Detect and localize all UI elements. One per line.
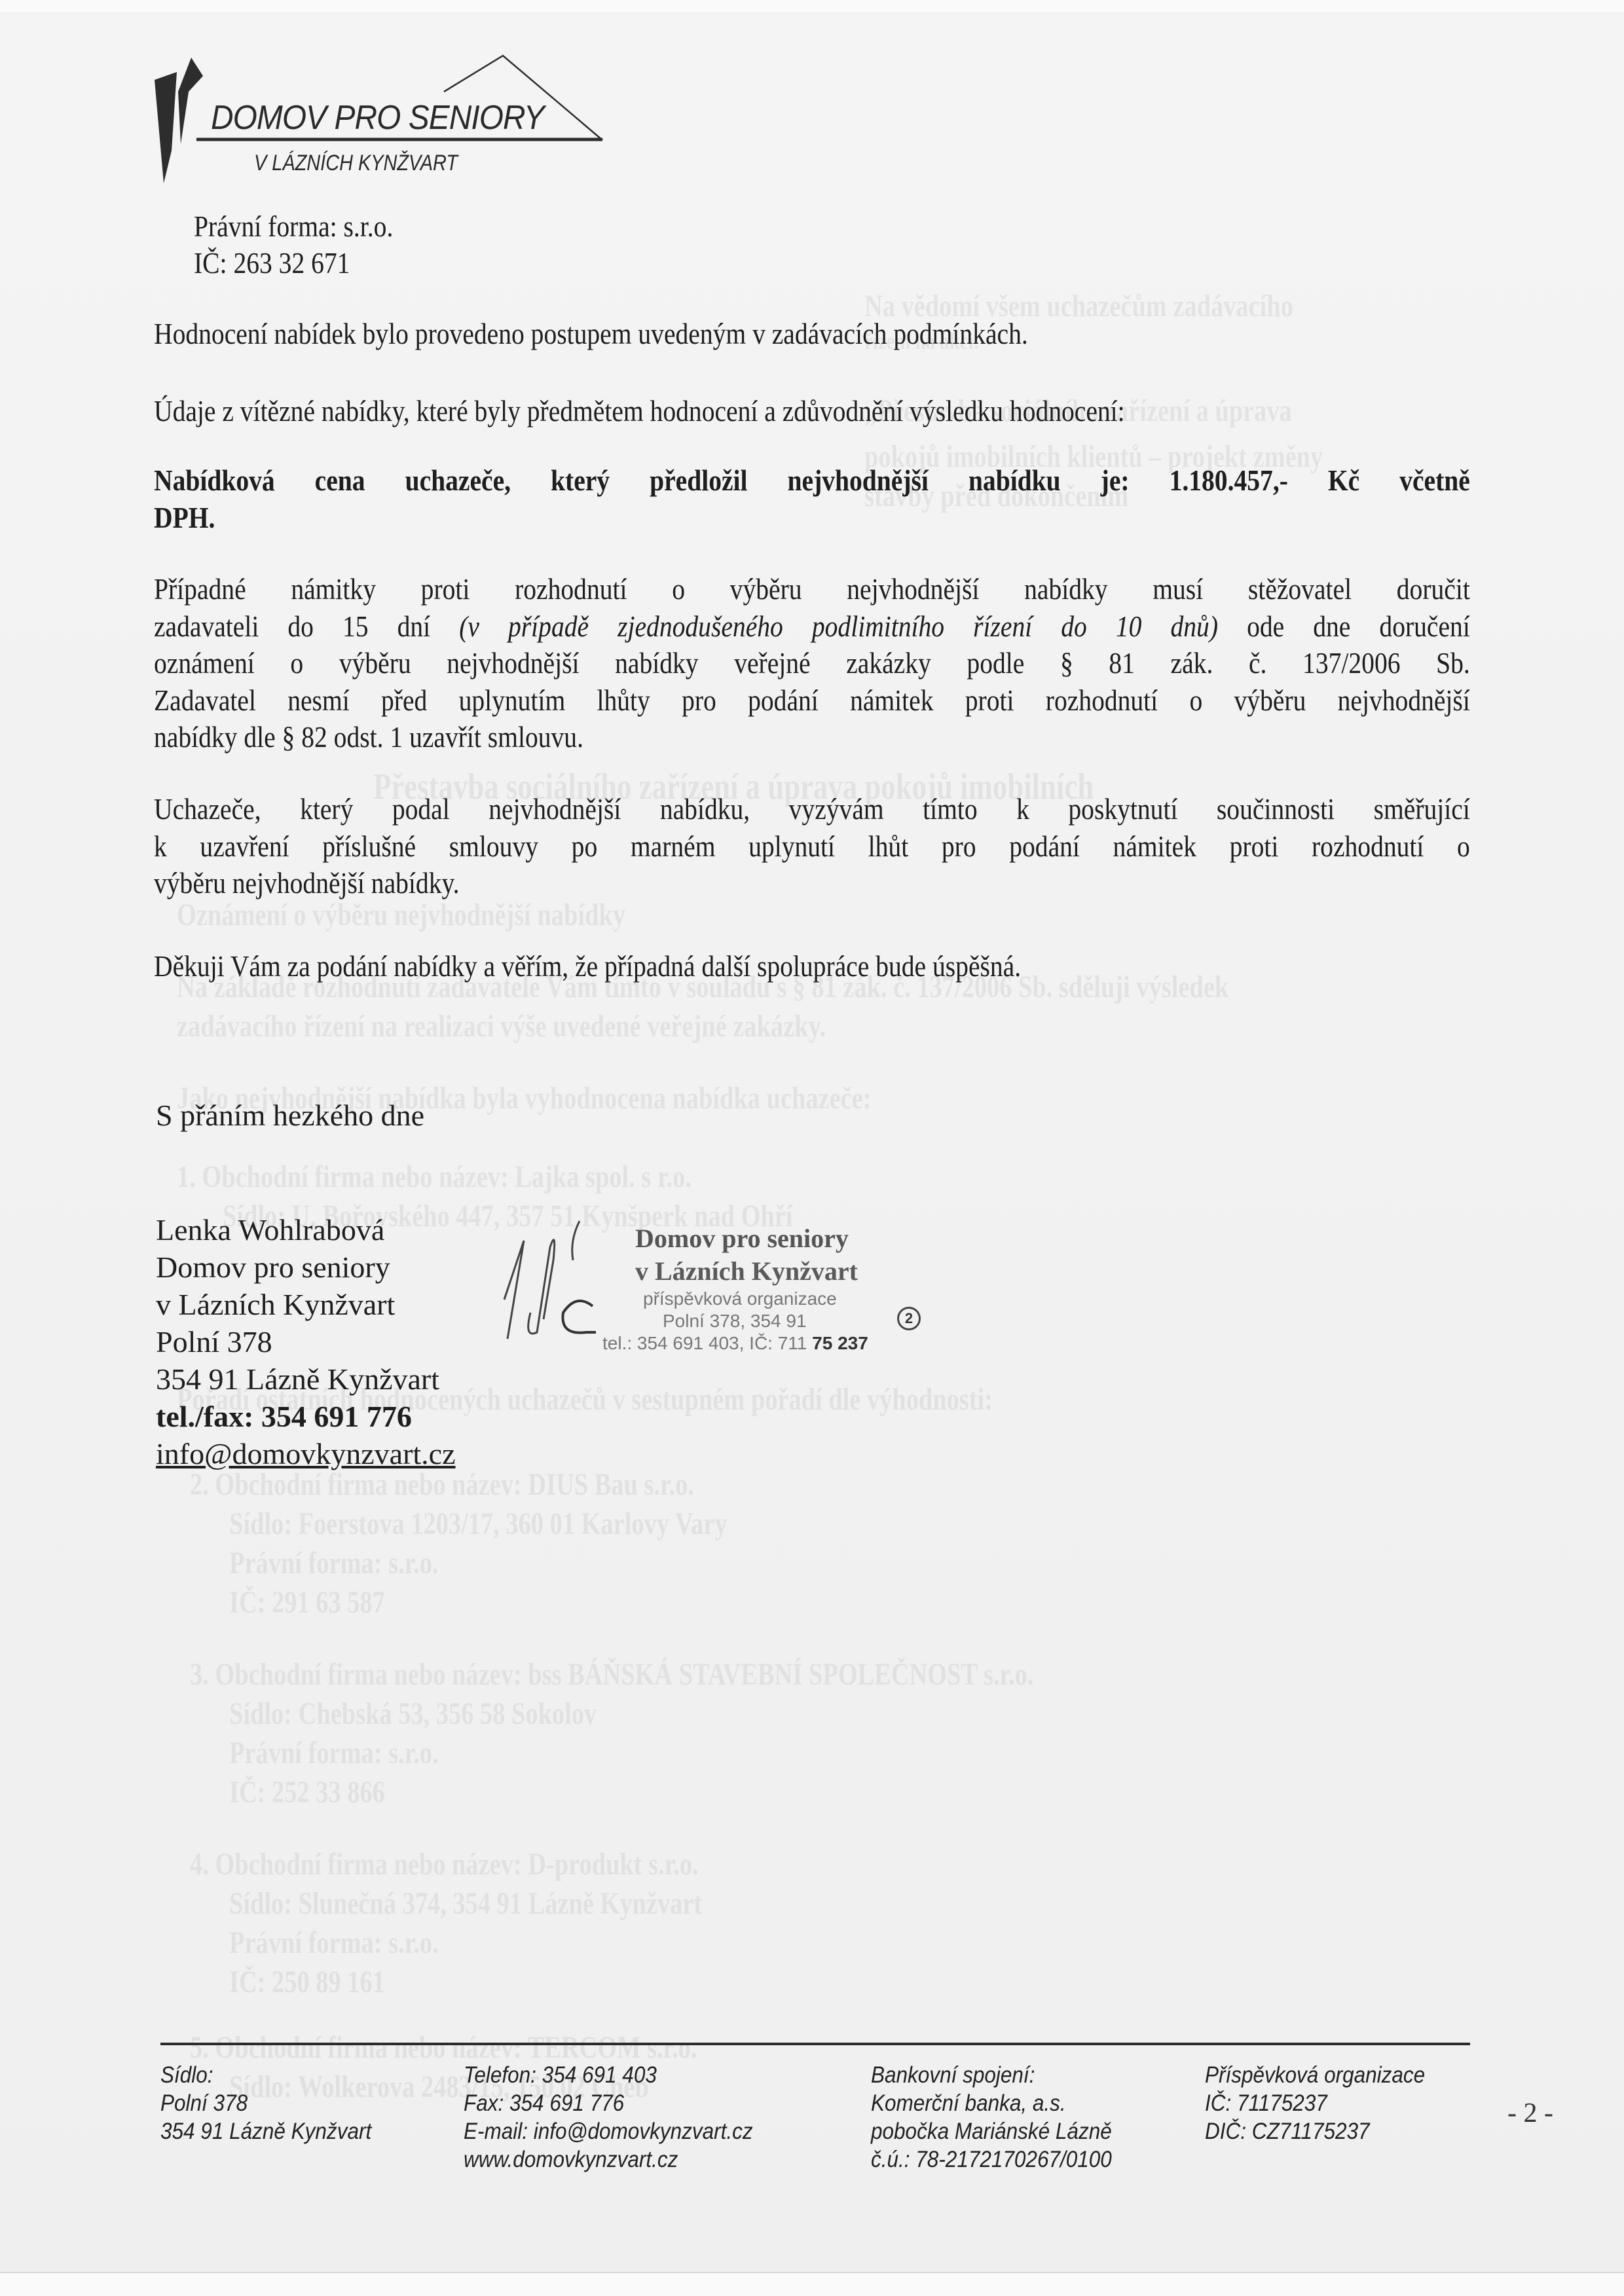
company-ic: IČ: 263 32 671: [194, 245, 350, 282]
bleed-through-text: IČ: 250 89 161: [229, 1964, 385, 2000]
paragraph-evaluation: Hodnocení nabídek bylo provedeno postupe…: [154, 316, 1028, 352]
bleed-through-text: Sídlo: Chebská 53, 356 58 Sokolov: [229, 1696, 597, 1732]
signer-city: 354 91 Lázně Kynžvart: [156, 1360, 456, 1398]
footer-website-link[interactable]: www.domovkynzvart.cz: [464, 2145, 753, 2174]
bleed-through-text: Oznámení o výběru nejvhodnější nabídky: [177, 897, 625, 933]
simplified-procedure-note: (v případě zjednodušeného podlimitního ř…: [459, 610, 1218, 643]
cooperation-line: Uchazeče, který podal nejvhodnější nabíd…: [154, 791, 1470, 828]
footer-bank: Bankovní spojení: Komerční banka, a.s. p…: [871, 2061, 1139, 2174]
bleed-through-text: 1. Obchodní firma nebo název: Lajka spol…: [177, 1159, 692, 1195]
stamp-line: Domov pro seniory: [635, 1223, 849, 1254]
bleed-through-text: Právní forma: s.r.o.: [229, 1925, 439, 1961]
bleed-through-text: 4. Obchodní firma nebo název: D-produkt …: [190, 1846, 699, 1882]
stamp-line: tel.: 354 691 403, IČ: 711 75 237: [602, 1333, 868, 1354]
signer-telfax: tel./fax: 354 691 776: [156, 1398, 456, 1435]
price-line-1: Nabídková cena uchazeče, který předložil…: [154, 462, 1470, 500]
stamp-line: Polní 378, 354 91: [663, 1311, 807, 1332]
signer-name: Lenka Wohlrabová: [156, 1211, 456, 1248]
organization-stamp: Domov pro seniory v Lázních Kynžvart pří…: [583, 1218, 923, 1349]
bleed-through-text: Sídlo: Slunečná 374, 354 91 Lázně Kynžva…: [229, 1886, 702, 1922]
paragraph-price: Nabídková cena uchazeče, který předložil…: [154, 462, 1470, 536]
footer-divider: [160, 2043, 1470, 2045]
cooperation-line: výběru nejvhodnější nabídky.: [154, 865, 1470, 902]
paragraph-thanks: Děkuji Vám za podání nabídky a věřím, že…: [154, 948, 1021, 985]
signer-org: Domov pro seniory: [156, 1248, 456, 1286]
signer-org-location: v Lázních Kynžvart: [156, 1286, 456, 1323]
footer-contact: Telefon: 354 691 403 Fax: 354 691 776 E-…: [464, 2061, 785, 2174]
footer-email-link[interactable]: E-mail: info@domovkynzvart.cz: [464, 2117, 753, 2145]
scan-bottom-edge: [0, 2272, 1624, 2296]
stamp-line: příspěvková organizace: [643, 1288, 837, 1309]
objections-line: Zadavatel nesmí před uplynutím lhůty pro…: [154, 682, 1470, 720]
objections-line: oznámení o výběru nejvhodnější nabídky v…: [154, 645, 1470, 682]
logo-subtitle: V LÁZNÍCH KYNŽVART: [254, 151, 458, 176]
signer-email-link[interactable]: info@domovkynzvart.cz: [156, 1435, 456, 1472]
footer-org-ids: Příspěvková organizace IČ: 71175237 DIČ:…: [1205, 2061, 1450, 2145]
stamp-line: v Lázních Kynžvart: [635, 1256, 858, 1286]
paragraph-winning-data: Údaje z vítězné nabídky, které byly před…: [154, 393, 1125, 429]
bleed-through-text: IČ: 252 33 866: [229, 1774, 385, 1810]
bleed-through-text: zadávacího řízení na realizaci výše uved…: [177, 1008, 826, 1044]
stamp-number-icon: 2: [897, 1307, 921, 1330]
signer-street: Polní 378: [156, 1323, 456, 1360]
price-line-2: DPH.: [154, 500, 1470, 537]
document-page: Na vědomí všem uchazečům zadávacího říze…: [0, 0, 1624, 2296]
logo-title: DOMOV PRO SENIORY: [211, 98, 544, 137]
objections-line: Případné námitky proti rozhodnutí o výbě…: [154, 571, 1470, 608]
objections-line: zadavateli do 15 dní (v případě zjednodu…: [154, 608, 1470, 646]
bleed-through-text: Právní forma: s.r.o.: [229, 1735, 439, 1771]
cooperation-line: k uzavření příslušné smlouvy po marném u…: [154, 828, 1470, 866]
bleed-through-text: 3. Obchodní firma nebo název: bss BÁŇSKÁ…: [190, 1656, 1033, 1692]
bleed-through-text: 5. Obchodní firma nebo název: TERCOM s.r…: [190, 2030, 697, 2066]
legal-form: Právní forma: s.r.o.: [194, 208, 393, 245]
paragraph-objections: Případné námitky proti rozhodnutí o výbě…: [154, 571, 1470, 756]
footer-address: Sídlo: Polní 378 354 91 Lázně Kynžvart: [160, 2061, 395, 2145]
bleed-through-text: Právní forma: s.r.o.: [229, 1545, 439, 1581]
bleed-through-text: IČ: 291 63 587: [229, 1584, 385, 1620]
objections-line: nabídky dle § 82 odst. 1 uzavřít smlouvu…: [154, 719, 1470, 756]
paragraph-cooperation: Uchazeče, který podal nejvhodnější nabíd…: [154, 791, 1470, 902]
scan-top-edge: [0, 0, 1624, 12]
letterhead-logo: DOMOV PRO SENIORY V LÁZNÍCH KYNŽVART: [151, 52, 609, 190]
page-number: - 2 -: [1507, 2098, 1553, 2129]
bleed-through-text: Sídlo: Foerstova 1203/17, 360 01 Karlovy…: [229, 1506, 728, 1542]
closing-greeting: S přáním hezkého dne: [156, 1097, 424, 1134]
signature-block: Lenka Wohlrabová Domov pro seniory v Láz…: [156, 1211, 456, 1472]
